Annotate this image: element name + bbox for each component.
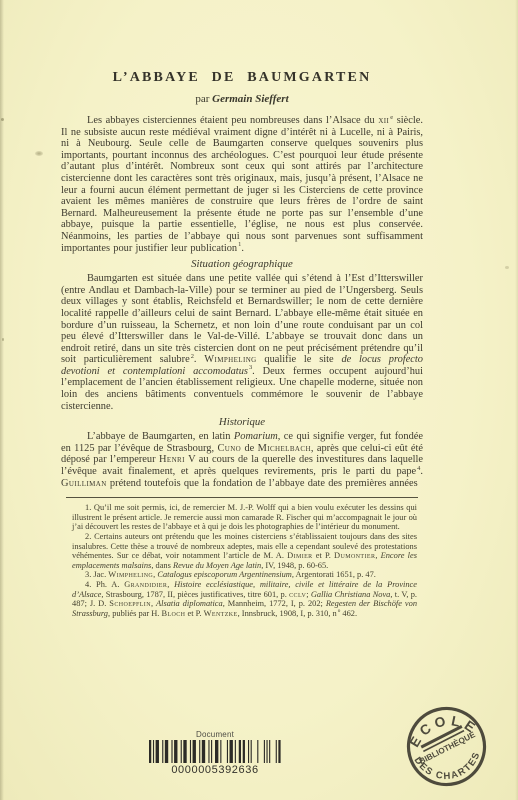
library-stamp-graphic: ÉCOLE DES CHARTES BIBLIOTHÈQUE [398, 699, 495, 794]
text-segment: qualifie le site [257, 354, 342, 365]
footnote: 4. Ph. A. Grandidier, Histoire ecclésias… [72, 580, 417, 618]
text-segment: 1. Qu’il me soit permis, ici, de remerci… [72, 503, 417, 531]
section-heading: Historique [61, 416, 423, 428]
text-segment: Les abbayes cisterciennes étaient peu no… [87, 115, 378, 126]
text-segment: prétend toutefois que la fondation de l’… [107, 478, 418, 489]
text-segment: Schoepflin [109, 599, 151, 608]
text-segment: . [241, 243, 244, 254]
text-segment: Gallia Christiana Nova [311, 590, 391, 599]
footnotes: 1. Qu’il me soit permis, ici, de remerci… [72, 503, 417, 618]
text-segment: , Mannheim, 1772, I, p. 202; [223, 599, 326, 608]
text-segment: , publiés par H. [108, 609, 162, 618]
text-segment: Michelbach [258, 443, 311, 454]
text-segment: Alsatia diplomatica [156, 599, 223, 608]
text-segment: siècle. Il ne subsiste aucun reste médié… [61, 115, 423, 254]
barcode-icon [149, 740, 281, 763]
text-segment: Henri [159, 454, 185, 465]
byline-author-name: Germain Sieffert [212, 93, 289, 105]
barcode-label: Document [140, 730, 290, 739]
text-segment: 3. Jac. [85, 570, 108, 579]
text-segment: Revue du Moyen Age latin [173, 561, 261, 570]
text-segment: Catalogus episcoporum Argentinensium [157, 570, 291, 579]
text-segment: de [241, 443, 257, 454]
text-segment: , Argentorati 1651, p. 47. [292, 570, 376, 579]
text-segment: , IV, 1948, p. 60-65. [261, 561, 328, 570]
barcode-number: 0000005392636 [140, 764, 290, 776]
footnote: 3. Jac. Wimpheling, Catalogus episcoporu… [72, 570, 417, 580]
byline-prefix: par [195, 93, 209, 105]
text-segment: et P. [185, 609, 203, 618]
paper-speck [35, 151, 43, 156]
paper-speck [505, 266, 509, 269]
footnote: 2. Certains auteurs ont prétendu que les… [72, 532, 417, 570]
text-segment: . [194, 354, 204, 365]
text-segment: Dumontier [334, 551, 375, 560]
text-segment: 4. Ph. A. [85, 580, 124, 589]
body-paragraph: Les abbayes cisterciennes étaient peu no… [61, 115, 423, 254]
library-stamp: ÉCOLE DES CHARTES BIBLIOTHÈQUE [398, 699, 495, 794]
section-heading: Situation géographique [61, 258, 423, 270]
text-segment: , Innsbruck, 1908, I, p. 310, n [238, 609, 337, 618]
text-segment: . [420, 466, 423, 477]
text-segment: Baumgarten est située dans une petite va… [61, 273, 423, 365]
article-body: Les abbayes cisterciennes étaient peu no… [61, 115, 423, 489]
scanned-document-page: L’ABBAYE DE BAUMGARTEN par Germain Sieff… [0, 0, 518, 800]
text-segment: Grandidier [124, 580, 167, 589]
body-paragraph: L’abbaye de Baumgarten, en latin Pomariu… [61, 431, 423, 489]
text-segment: 462. [340, 609, 357, 618]
text-segment: , dans [151, 561, 173, 570]
paper-speck [1, 118, 4, 121]
text-segment: , Strasbourg, 1787, II, pièces justifica… [101, 590, 289, 599]
footnote: 1. Qu’il me soit permis, ici, de remerci… [72, 503, 417, 532]
paper-speck [2, 338, 4, 341]
text-segment: Wentzke [204, 609, 238, 618]
text-segment: et P. [313, 551, 334, 560]
text-segment: L’abbaye de Baumgarten, en latin [87, 431, 234, 442]
text-segment: Wimpheling [108, 570, 153, 579]
text-segment: Dimier [287, 551, 312, 560]
text-segment: cclv [289, 590, 306, 599]
text-segment: Guilliman [61, 478, 107, 489]
text-segment: Bloch [162, 609, 186, 618]
footnote-rule [66, 497, 418, 498]
article: L’ABBAYE DE BAUMGARTEN par Germain Sieff… [61, 70, 423, 618]
body-paragraph: Baumgarten est située dans une petite va… [61, 273, 423, 412]
byline-author: Germain Sieffert [212, 93, 289, 105]
text-segment: Cuno [217, 443, 241, 454]
text-segment: Pomarium [234, 431, 278, 442]
article-title: L’ABBAYE DE BAUMGARTEN [61, 70, 423, 86]
barcode-block: Document 0000005392636 [140, 730, 290, 776]
byline: par Germain Sieffert [61, 93, 423, 105]
text-segment: xii [378, 115, 389, 126]
